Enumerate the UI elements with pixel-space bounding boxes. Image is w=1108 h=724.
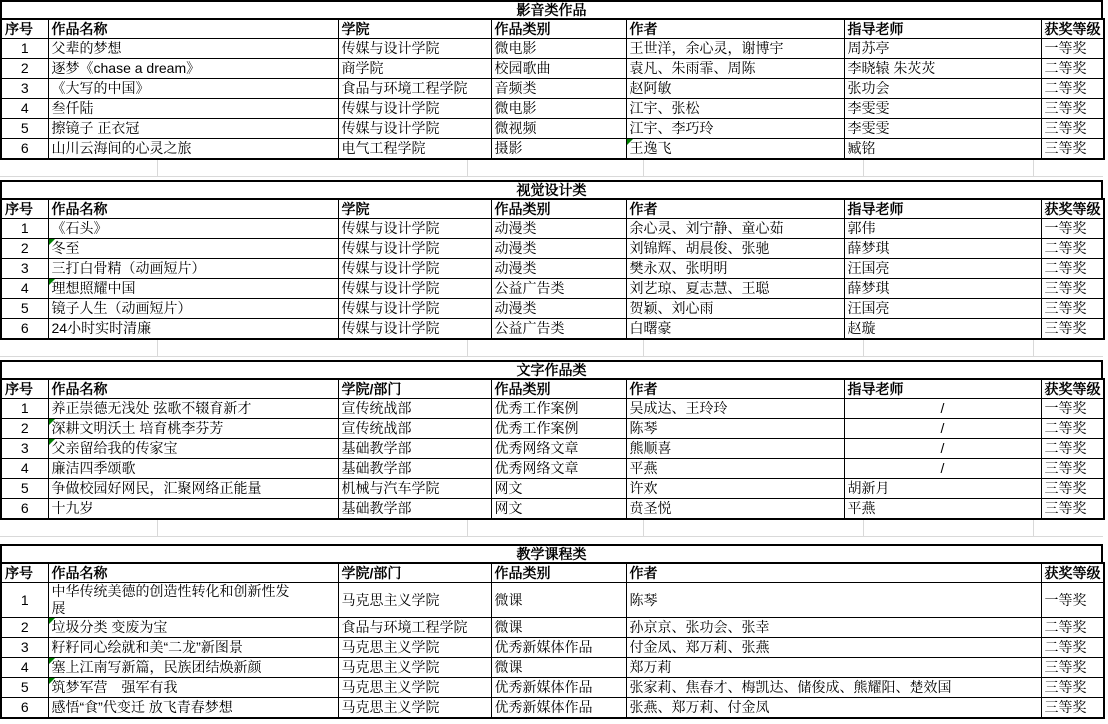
column-header[interactable]: 作品名称 xyxy=(48,199,338,219)
cell[interactable]: 一等奖 xyxy=(1041,399,1104,419)
cell[interactable]: 李晓辕 朱苂苂 xyxy=(844,59,1041,79)
cell[interactable]: 许欢 xyxy=(626,479,844,499)
gridline-row xyxy=(0,160,1103,177)
cell[interactable]: 优秀工作案例 xyxy=(491,399,626,419)
cell[interactable]: 三等奖 xyxy=(1041,299,1104,319)
column-header[interactable]: 学院 xyxy=(338,19,491,39)
table-row: 6十九岁基础教学部网文贲圣悦平燕三等奖 xyxy=(1,499,1104,520)
cell[interactable]: 孙京京、张功会、张幸 xyxy=(626,618,1041,638)
cell[interactable]: 王逸飞 xyxy=(626,139,844,160)
table-row: 2深耕文明沃土 培育桃李芬芳宣传统战部优秀工作案例陈琴/二等奖 xyxy=(1,419,1104,439)
cell[interactable]: 4 xyxy=(1,658,48,678)
table-title[interactable]: 视觉设计类 xyxy=(0,180,1103,198)
cell[interactable]: 优秀新媒体作品 xyxy=(491,638,626,658)
cell[interactable]: 三等奖 xyxy=(1041,119,1104,139)
cell[interactable]: 三等奖 xyxy=(1041,139,1104,160)
cell[interactable]: 理想照耀中国 xyxy=(48,279,338,299)
cell[interactable]: 3 xyxy=(1,79,48,99)
column-header[interactable]: 序号 xyxy=(1,563,48,583)
cell[interactable]: 传媒与设计学院 xyxy=(338,99,491,119)
award-table-text-works: 序号作品名称学院/部门作品类别作者指导老师获奖等级1养正崇德无浅处 弦歌不辍育新… xyxy=(0,378,1105,520)
cell[interactable]: 传媒与设计学院 xyxy=(338,319,491,340)
cell[interactable]: 动漫类 xyxy=(491,239,626,259)
error-flag-icon xyxy=(49,239,55,245)
column-header[interactable]: 作品类别 xyxy=(491,19,626,39)
cell[interactable]: 电气工程学院 xyxy=(338,139,491,160)
cell[interactable]: 塞上江南写新篇，民族团结焕新颜 xyxy=(48,658,338,678)
cell[interactable]: 3 xyxy=(1,638,48,658)
cell[interactable]: 三等奖 xyxy=(1041,499,1104,520)
cell[interactable]: / xyxy=(844,459,1041,479)
error-flag-icon xyxy=(49,279,55,285)
cell[interactable]: 马克思主义学院 xyxy=(338,698,491,719)
cell[interactable]: 陈琴 xyxy=(626,419,844,439)
cell[interactable]: 李雯雯 xyxy=(844,119,1041,139)
cell[interactable]: 陈琴 xyxy=(626,583,1041,618)
error-flag-icon xyxy=(49,678,55,684)
cell[interactable]: 贺颖、刘心雨 xyxy=(626,299,844,319)
cell[interactable]: 机械与汽车学院 xyxy=(338,479,491,499)
cell[interactable]: 商学院 xyxy=(338,59,491,79)
error-flag-icon xyxy=(49,658,55,664)
cell[interactable]: 2 xyxy=(1,419,48,439)
cell[interactable]: 二等奖 xyxy=(1041,79,1104,99)
table-row: 5镜子人生（动画短片）传媒与设计学院动漫类贺颖、刘心雨汪国亮三等奖 xyxy=(1,299,1104,319)
cell[interactable]: 优秀新媒体作品 xyxy=(491,678,626,698)
column-header[interactable]: 学院/部门 xyxy=(338,563,491,583)
cell[interactable]: 微课 xyxy=(491,658,626,678)
cell[interactable]: 张家莉、焦春才、梅凯达、储俊成、熊耀阳、楚效国 xyxy=(626,678,1041,698)
cell[interactable]: 感悟“食”代变迁 放飞青春梦想 xyxy=(48,698,338,719)
table-row: 1养正崇德无浅处 弦歌不辍育新才宣传统战部优秀工作案例吴成达、王玲玲/一等奖 xyxy=(1,399,1104,419)
cell[interactable]: 叁仟陆 xyxy=(48,99,338,119)
cell[interactable]: 郭伟 xyxy=(844,219,1041,239)
cell[interactable]: 2 xyxy=(1,239,48,259)
cell[interactable]: 4 xyxy=(1,279,48,299)
column-header[interactable]: 指导老师 xyxy=(844,19,1041,39)
column-header[interactable]: 作品类别 xyxy=(491,379,626,399)
table-row: 3三打白骨精（动画短片）传媒与设计学院动漫类樊永双、张明明汪国亮二等奖 xyxy=(1,259,1104,279)
column-header[interactable]: 获奖等级 xyxy=(1041,563,1104,583)
section-teaching-courses: 教学课程类 序号作品名称学院/部门作品类别作者获奖等级1中华传统美德的创造性转化… xyxy=(0,544,1103,719)
cell[interactable]: 3 xyxy=(1,259,48,279)
table-row: 4理想照耀中国传媒与设计学院公益广告类刘艺琼、夏志慧、王聪薛梦琪三等奖 xyxy=(1,279,1104,299)
cell[interactable]: 刘锦辉、胡晨俊、张驰 xyxy=(626,239,844,259)
table-row: 1《石头》传媒与设计学院动漫类余心灵、刘宁静、童心茹郭伟一等奖 xyxy=(1,219,1104,239)
cell[interactable]: 籽籽同心绘就和美“二龙”新图景 xyxy=(48,638,338,658)
header-row: 序号作品名称学院/部门作品类别作者指导老师获奖等级 xyxy=(1,379,1104,399)
cell[interactable]: 筑梦军营 强军有我 xyxy=(48,678,338,698)
cell[interactable]: 1 xyxy=(1,399,48,419)
cell[interactable]: 父亲留给我的传家宝 xyxy=(48,439,338,459)
column-header[interactable]: 作品名称 xyxy=(48,379,338,399)
table-row: 6山川云海间的心灵之旅电气工程学院摄影王逸飞臧铭三等奖 xyxy=(1,139,1104,160)
cell[interactable]: 3 xyxy=(1,439,48,459)
cell[interactable]: 廉洁四季颂歌 xyxy=(48,459,338,479)
cell[interactable]: 三等奖 xyxy=(1041,279,1104,299)
cell[interactable]: 微课 xyxy=(491,618,626,638)
table-row: 2冬至传媒与设计学院动漫类刘锦辉、胡晨俊、张驰薛梦琪二等奖 xyxy=(1,239,1104,259)
cell[interactable]: 镜子人生（动画短片） xyxy=(48,299,338,319)
cell[interactable]: 一等奖 xyxy=(1041,39,1104,59)
cell[interactable]: 胡新月 xyxy=(844,479,1041,499)
cell[interactable]: 王世洋，余心灵，谢博宇 xyxy=(626,39,844,59)
error-flag-icon xyxy=(49,618,55,624)
cell[interactable]: 三等奖 xyxy=(1041,99,1104,119)
cell[interactable]: 传媒与设计学院 xyxy=(338,259,491,279)
cell[interactable]: 三等奖 xyxy=(1041,698,1104,719)
cell[interactable]: 公益广告类 xyxy=(491,279,626,299)
cell[interactable]: 江宇、张松 xyxy=(626,99,844,119)
section-text-works: 文字作品类 序号作品名称学院/部门作品类别作者指导老师获奖等级1养正崇德无浅处 … xyxy=(0,360,1103,520)
column-header[interactable]: 作者 xyxy=(626,19,844,39)
cell[interactable]: 张功会 xyxy=(844,79,1041,99)
cell[interactable]: 2 xyxy=(1,59,48,79)
cell[interactable]: 2 xyxy=(1,618,48,638)
cell[interactable]: 二等奖 xyxy=(1041,638,1104,658)
cell[interactable]: 5 xyxy=(1,299,48,319)
table-row: 3父亲留给我的传家宝基础教学部优秀网络文章熊顺喜/二等奖 xyxy=(1,439,1104,459)
cell[interactable]: 1 xyxy=(1,583,48,618)
cell[interactable]: 付金凤、郑万莉、张燕 xyxy=(626,638,1041,658)
cell[interactable]: 三等奖 xyxy=(1041,658,1104,678)
cell[interactable]: 臧铭 xyxy=(844,139,1041,160)
cell[interactable]: 校园歌曲 xyxy=(491,59,626,79)
award-table-teaching-courses: 序号作品名称学院/部门作品类别作者获奖等级1中华传统美德的创造性转化和创新性发 … xyxy=(0,562,1105,719)
award-table-visual-design: 序号作品名称学院作品类别作者指导老师获奖等级1《石头》传媒与设计学院动漫类余心灵… xyxy=(0,198,1105,340)
cell[interactable]: 4 xyxy=(1,459,48,479)
cell[interactable]: 贲圣悦 xyxy=(626,499,844,520)
section-media-works: 影音类作品 序号作品名称学院作品类别作者指导老师获奖等级1父辈的梦想传媒与设计学… xyxy=(0,0,1103,160)
cell[interactable]: 争做校园好网民，汇聚网络正能量 xyxy=(48,479,338,499)
gridline-row xyxy=(0,340,1103,357)
cell[interactable]: 优秀网络文章 xyxy=(491,439,626,459)
cell[interactable]: 基础教学部 xyxy=(338,499,491,520)
cell[interactable]: 食品与环境工程学院 xyxy=(338,618,491,638)
cell[interactable]: 传媒与设计学院 xyxy=(338,299,491,319)
cell[interactable]: 《大写的中国》 xyxy=(48,79,338,99)
cell[interactable]: / xyxy=(844,439,1041,459)
cell[interactable]: 传媒与设计学院 xyxy=(338,119,491,139)
table-title[interactable]: 教学课程类 xyxy=(0,544,1103,562)
cell[interactable]: 传媒与设计学院 xyxy=(338,239,491,259)
column-header[interactable]: 序号 xyxy=(1,199,48,219)
cell[interactable]: 李雯雯 xyxy=(844,99,1041,119)
table-row: 5争做校园好网民，汇聚网络正能量机械与汽车学院网文许欢胡新月三等奖 xyxy=(1,479,1104,499)
cell[interactable]: 二等奖 xyxy=(1041,618,1104,638)
cell[interactable]: 5 xyxy=(1,119,48,139)
cell[interactable]: 樊永双、张明明 xyxy=(626,259,844,279)
table-title[interactable]: 文字作品类 xyxy=(0,360,1103,378)
cell[interactable]: 6 xyxy=(1,698,48,719)
cell[interactable]: 动漫类 xyxy=(491,299,626,319)
column-header[interactable]: 作者 xyxy=(626,379,844,399)
cell[interactable]: 1 xyxy=(1,39,48,59)
gridline-row xyxy=(0,520,1103,537)
cell[interactable]: 擦镜子 正衣冠 xyxy=(48,119,338,139)
cell[interactable]: 三等奖 xyxy=(1041,479,1104,499)
cell[interactable]: 1 xyxy=(1,219,48,239)
table-row: 5擦镜子 正衣冠传媒与设计学院微视频江宇、李巧玲李雯雯三等奖 xyxy=(1,119,1104,139)
header-row: 序号作品名称学院作品类别作者指导老师获奖等级 xyxy=(1,199,1104,219)
cell[interactable]: 三等奖 xyxy=(1041,319,1104,340)
table-row: 3《大写的中国》食品与环境工程学院音频类赵阿敏张功会二等奖 xyxy=(1,79,1104,99)
cell[interactable]: 一等奖 xyxy=(1041,583,1104,618)
cell[interactable]: 传媒与设计学院 xyxy=(338,279,491,299)
cell[interactable]: 三等奖 xyxy=(1041,459,1104,479)
section-visual-design: 视觉设计类 序号作品名称学院作品类别作者指导老师获奖等级1《石头》传媒与设计学院… xyxy=(0,180,1103,340)
cell[interactable]: 马克思主义学院 xyxy=(338,638,491,658)
column-header[interactable]: 作品名称 xyxy=(48,19,338,39)
cell[interactable]: 二等奖 xyxy=(1041,239,1104,259)
cell[interactable]: 优秀网络文章 xyxy=(491,459,626,479)
cell[interactable]: 5 xyxy=(1,678,48,698)
cell[interactable]: 微课 xyxy=(491,583,626,618)
column-header[interactable]: 获奖等级 xyxy=(1041,379,1104,399)
column-header[interactable]: 作者 xyxy=(626,563,1041,583)
cell[interactable]: 父辈的梦想 xyxy=(48,39,338,59)
column-header[interactable]: 作者 xyxy=(626,199,844,219)
cell[interactable]: 十九岁 xyxy=(48,499,338,520)
cell[interactable]: 动漫类 xyxy=(491,259,626,279)
cell[interactable]: 熊顺喜 xyxy=(626,439,844,459)
column-header[interactable]: 作品名称 xyxy=(48,563,338,583)
cell[interactable]: 江宇、李巧玲 xyxy=(626,119,844,139)
cell[interactable]: 薛梦琪 xyxy=(844,279,1041,299)
award-table-media: 序号作品名称学院作品类别作者指导老师获奖等级1父辈的梦想传媒与设计学院微电影王世… xyxy=(0,18,1105,160)
cell[interactable]: 平燕 xyxy=(626,459,844,479)
cell[interactable]: 张燕、郑万莉、付金凤 xyxy=(626,698,1041,719)
cell[interactable]: 食品与环境工程学院 xyxy=(338,79,491,99)
column-header[interactable]: 学院/部门 xyxy=(338,379,491,399)
cell[interactable]: 吴成达、王玲玲 xyxy=(626,399,844,419)
cell[interactable]: 二等奖 xyxy=(1041,419,1104,439)
cell[interactable]: 二等奖 xyxy=(1041,59,1104,79)
table-row: 6感悟“食”代变迁 放飞青春梦想马克思主义学院优秀新媒体作品张燕、郑万莉、付金凤… xyxy=(1,698,1104,719)
cell[interactable]: 24小时实时清廉 xyxy=(48,319,338,340)
column-header[interactable]: 作品类别 xyxy=(491,563,626,583)
cell[interactable]: 《石头》 xyxy=(48,219,338,239)
cell[interactable]: 基础教学部 xyxy=(338,459,491,479)
cell[interactable]: 网文 xyxy=(491,479,626,499)
cell[interactable]: 汪国亮 xyxy=(844,299,1041,319)
cell[interactable]: 6 xyxy=(1,319,48,340)
cell[interactable]: 三等奖 xyxy=(1041,678,1104,698)
cell[interactable]: 传媒与设计学院 xyxy=(338,39,491,59)
cell[interactable]: 刘艺琼、夏志慧、王聪 xyxy=(626,279,844,299)
cell[interactable]: 优秀新媒体作品 xyxy=(491,698,626,719)
cell[interactable]: 养正崇德无浅处 弦歌不辍育新才 xyxy=(48,399,338,419)
cell[interactable]: 马克思主义学院 xyxy=(338,658,491,678)
cell[interactable]: 网文 xyxy=(491,499,626,520)
cell[interactable]: 郑万莉 xyxy=(626,658,1041,678)
cell[interactable]: 平燕 xyxy=(844,499,1041,520)
cell[interactable]: 深耕文明沃土 培育桃李芬芳 xyxy=(48,419,338,439)
cell[interactable]: 汪国亮 xyxy=(844,259,1041,279)
cell[interactable]: / xyxy=(844,419,1041,439)
cell[interactable]: 白曙豪 xyxy=(626,319,844,340)
cell[interactable]: 微视频 xyxy=(491,119,626,139)
cell[interactable]: 4 xyxy=(1,99,48,119)
cell[interactable]: 6 xyxy=(1,499,48,520)
cell[interactable]: 动漫类 xyxy=(491,219,626,239)
cell[interactable]: / xyxy=(844,399,1041,419)
table-row: 1父辈的梦想传媒与设计学院微电影王世洋，余心灵，谢博宇周苏亭一等奖 xyxy=(1,39,1104,59)
cell[interactable]: 摄影 xyxy=(491,139,626,160)
column-header[interactable]: 序号 xyxy=(1,19,48,39)
column-header[interactable]: 序号 xyxy=(1,379,48,399)
column-header[interactable]: 指导老师 xyxy=(844,199,1041,219)
table-row: 4廉洁四季颂歌基础教学部优秀网络文章平燕/三等奖 xyxy=(1,459,1104,479)
cell[interactable]: 赵璇 xyxy=(844,319,1041,340)
error-flag-icon xyxy=(49,439,55,445)
cell[interactable]: 周苏亭 xyxy=(844,39,1041,59)
cell[interactable]: 薛梦琪 xyxy=(844,239,1041,259)
table-row: 2逐梦《chase a dream》商学院校园歌曲袁凡、朱雨霏、周陈李晓辕 朱苂… xyxy=(1,59,1104,79)
cell[interactable]: 山川云海间的心灵之旅 xyxy=(48,139,338,160)
header-row: 序号作品名称学院作品类别作者指导老师获奖等级 xyxy=(1,19,1104,39)
column-header[interactable]: 学院 xyxy=(338,199,491,219)
cell[interactable]: 微电影 xyxy=(491,99,626,119)
cell[interactable]: 三打白骨精（动画短片） xyxy=(48,259,338,279)
cell[interactable]: 音频类 xyxy=(491,79,626,99)
table-row: 4叁仟陆传媒与设计学院微电影江宇、张松李雯雯三等奖 xyxy=(1,99,1104,119)
cell[interactable]: 基础教学部 xyxy=(338,439,491,459)
cell[interactable]: 二等奖 xyxy=(1041,439,1104,459)
table-row: 624小时实时清廉传媒与设计学院公益广告类白曙豪赵璇三等奖 xyxy=(1,319,1104,340)
table-row: 1中华传统美德的创造性转化和创新性发 展马克思主义学院微课陈琴一等奖 xyxy=(1,583,1104,618)
cell[interactable]: 传媒与设计学院 xyxy=(338,219,491,239)
cell[interactable]: 二等奖 xyxy=(1041,259,1104,279)
cell[interactable]: 余心灵、刘宁静、童心茹 xyxy=(626,219,844,239)
table-row: 5筑梦军营 强军有我马克思主义学院优秀新媒体作品张家莉、焦春才、梅凯达、储俊成、… xyxy=(1,678,1104,698)
cell[interactable]: 逐梦《chase a dream》 xyxy=(48,59,338,79)
table-row: 2垃圾分类 变废为宝食品与环境工程学院微课孙京京、张功会、张幸二等奖 xyxy=(1,618,1104,638)
cell[interactable]: 赵阿敏 xyxy=(626,79,844,99)
cell[interactable]: 冬至 xyxy=(48,239,338,259)
column-header[interactable]: 指导老师 xyxy=(844,379,1041,399)
table-row: 4塞上江南写新篇，民族团结焕新颜马克思主义学院微课郑万莉三等奖 xyxy=(1,658,1104,678)
error-flag-icon xyxy=(49,419,55,425)
column-header[interactable]: 作品类别 xyxy=(491,199,626,219)
cell[interactable]: 优秀工作案例 xyxy=(491,419,626,439)
cell[interactable]: 马克思主义学院 xyxy=(338,678,491,698)
cell[interactable]: 宣传统战部 xyxy=(338,399,491,419)
table-title[interactable]: 影音类作品 xyxy=(0,0,1103,18)
cell[interactable]: 垃圾分类 变废为宝 xyxy=(48,618,338,638)
cell[interactable]: 6 xyxy=(1,139,48,160)
cell[interactable]: 袁凡、朱雨霏、周陈 xyxy=(626,59,844,79)
header-row: 序号作品名称学院/部门作品类别作者获奖等级 xyxy=(1,563,1104,583)
column-header[interactable]: 获奖等级 xyxy=(1041,19,1104,39)
cell[interactable]: 公益广告类 xyxy=(491,319,626,340)
cell[interactable]: 一等奖 xyxy=(1041,219,1104,239)
cell[interactable]: 微电影 xyxy=(491,39,626,59)
cell[interactable]: 马克思主义学院 xyxy=(338,583,491,618)
cell[interactable]: 宣传统战部 xyxy=(338,419,491,439)
error-flag-icon xyxy=(627,139,633,145)
cell[interactable]: 中华传统美德的创造性转化和创新性发 展 xyxy=(48,583,338,618)
column-header[interactable]: 获奖等级 xyxy=(1041,199,1104,219)
table-row: 3籽籽同心绘就和美“二龙”新图景马克思主义学院优秀新媒体作品付金凤、郑万莉、张燕… xyxy=(1,638,1104,658)
cell[interactable]: 5 xyxy=(1,479,48,499)
